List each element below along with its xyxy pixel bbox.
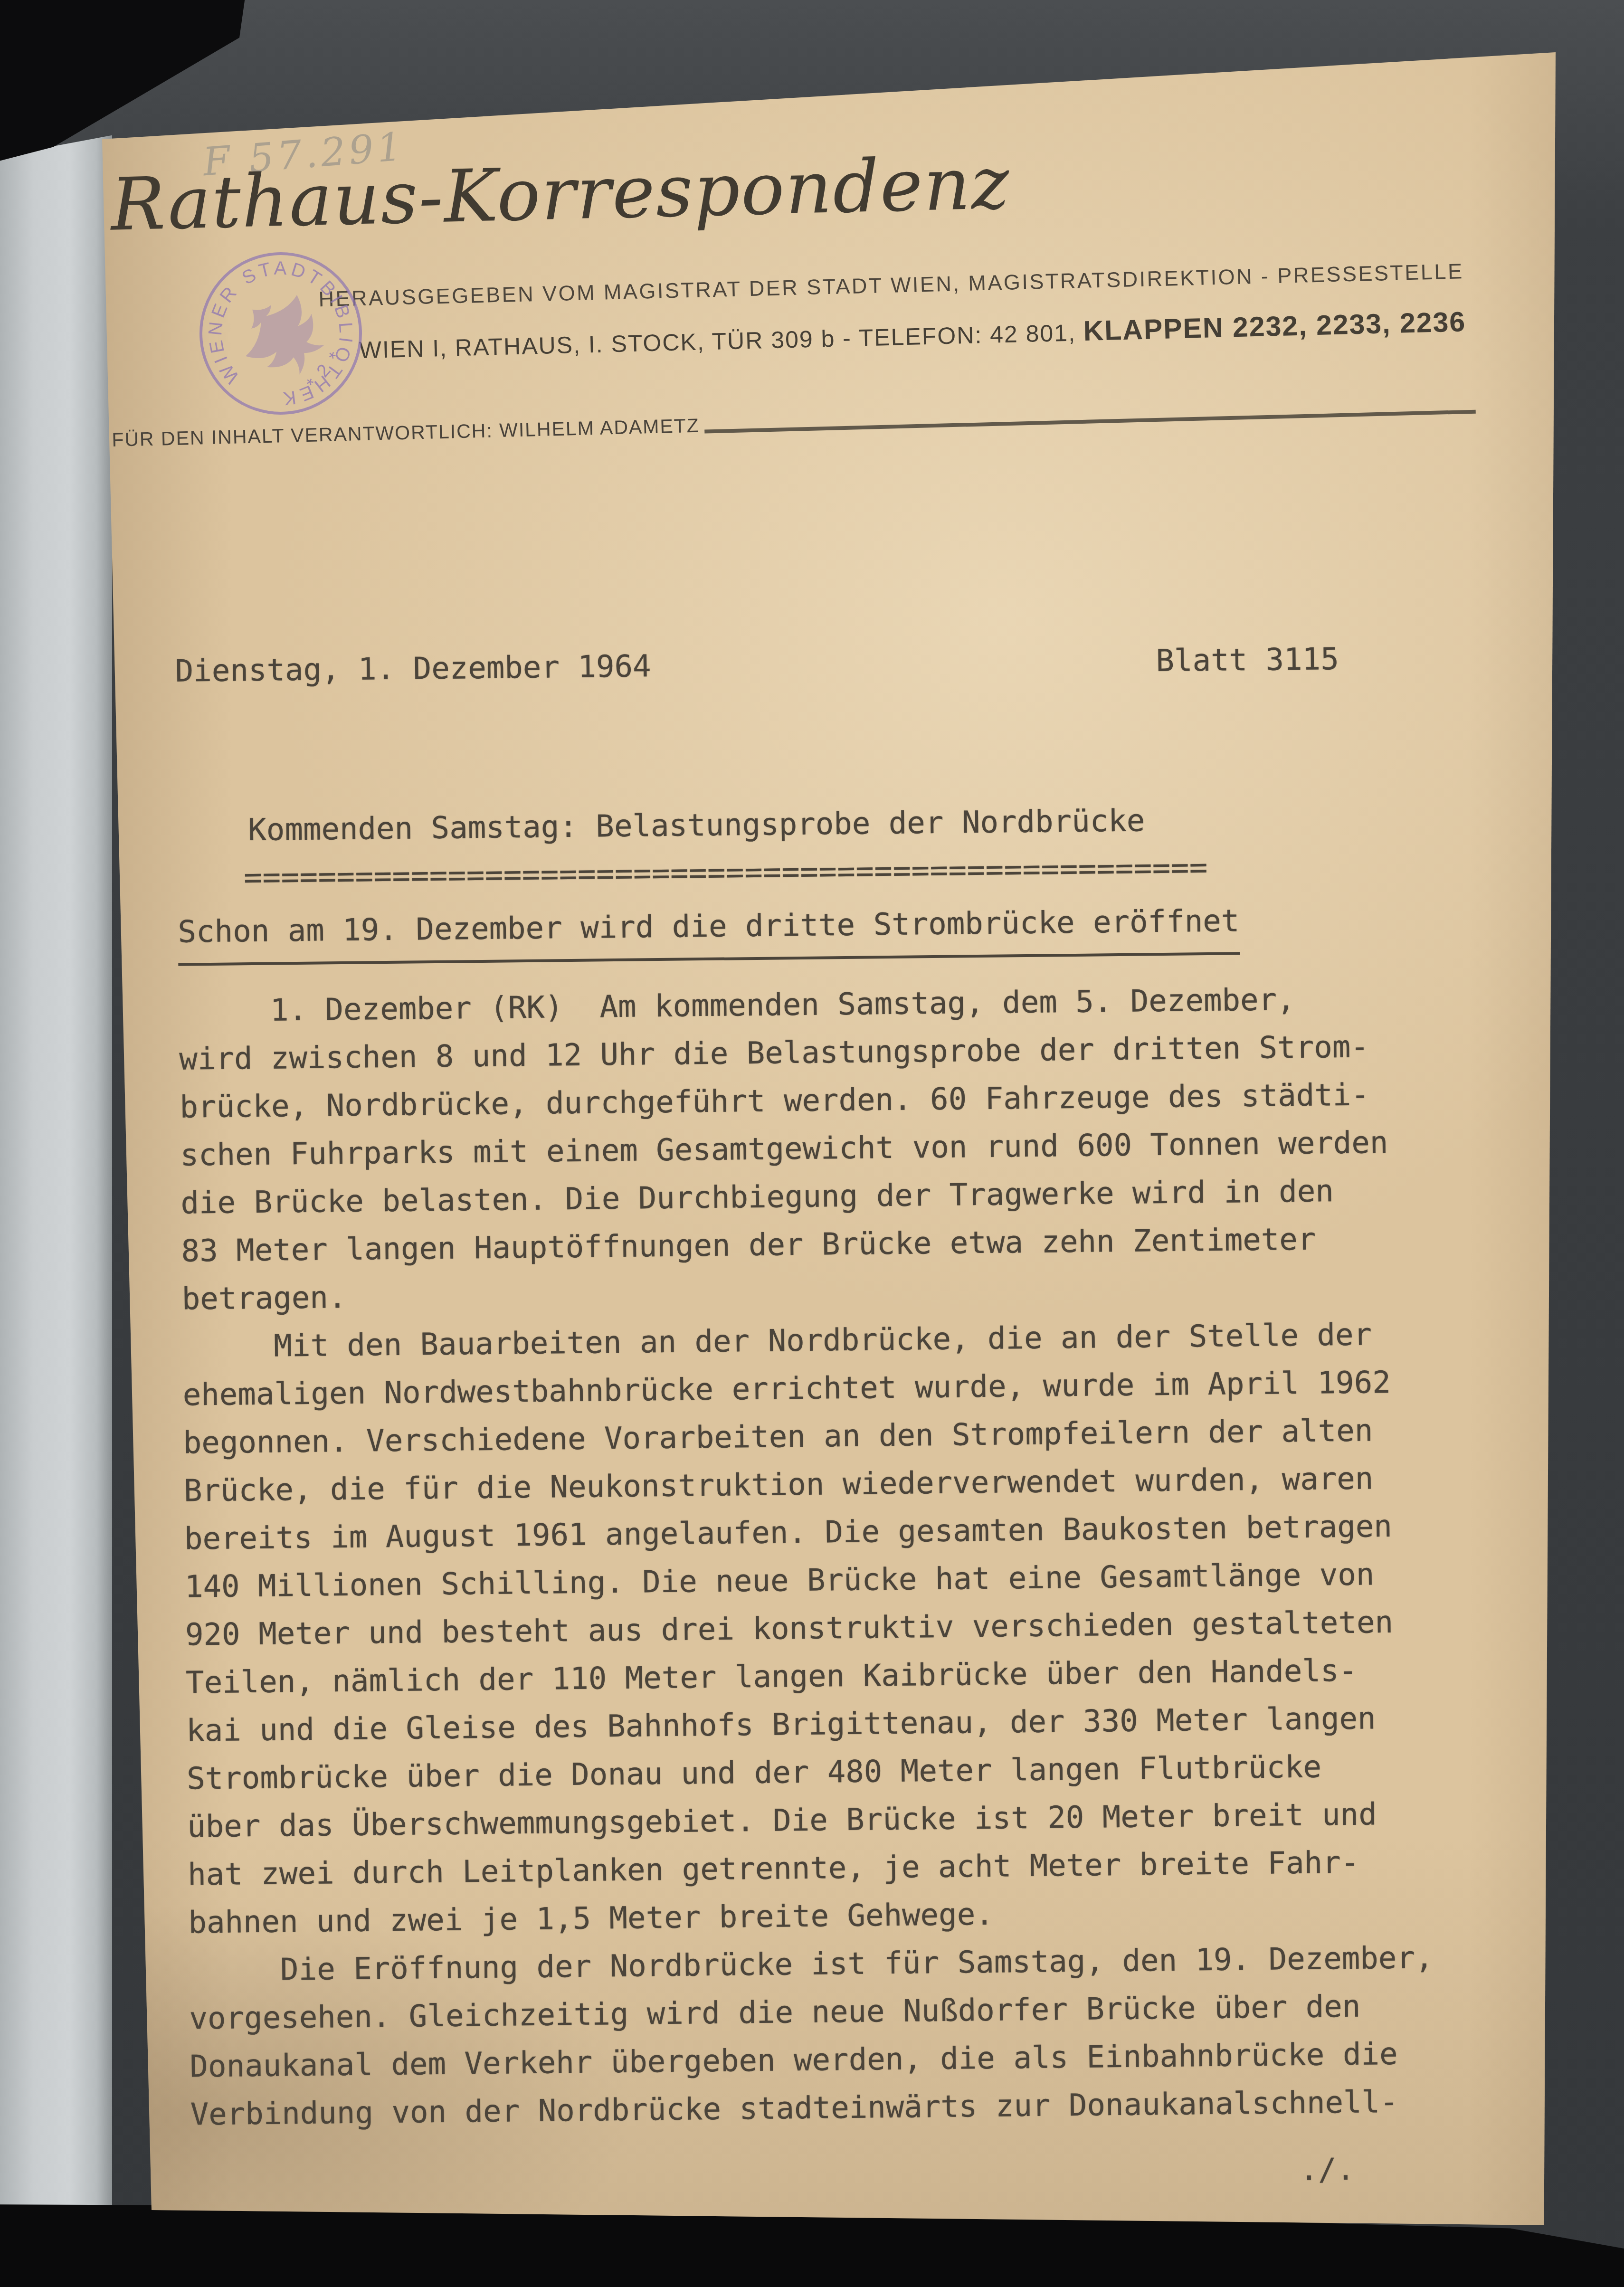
continuation-mark: ./. (191, 2145, 1426, 2206)
doc-date: Dienstag, 1. Dezember 1964 (175, 643, 651, 695)
scan-background: 1 - 15. Dez. 1964 F 57.291 Rathaus-Korre… (0, 0, 1624, 2287)
letterhead-address: WIEN I, RATHAUS, I. STOCK, TÜR 309 b - T… (359, 319, 1083, 363)
letterhead-address-line: WIEN I, RATHAUS, I. STOCK, TÜR 309 b - T… (359, 305, 1466, 365)
letterhead-extensions: KLAPPEN 2232, 2233, 2236 (1083, 306, 1466, 347)
kicker-underline-rule: ========================================… (177, 849, 1413, 895)
main-headline-text: Schon am 19. Dezember wird die dritte St… (178, 897, 1240, 966)
dateline: Dienstag, 1. Dezember 1964 Blatt 3115 (175, 635, 1410, 695)
kicker-headline: Kommenden Samstag: Belastungsprobe der N… (177, 794, 1412, 855)
sheet-number: Blatt 3115 (1156, 636, 1339, 685)
masthead-title: Rathaus-Korrespondenz (110, 141, 1011, 247)
typewritten-content: Dienstag, 1. Dezember 1964 Blatt 3115 Ko… (175, 635, 1426, 2206)
responsible-text: FÜR DEN INHALT VERANTWORTLICH: WILHELM A… (112, 415, 700, 451)
letterhead-rule (704, 410, 1476, 434)
underlying-page-edge (0, 123, 112, 2231)
body-text: 1. Dezember (RK) Am kommenden Samstag, d… (179, 975, 1425, 2139)
document-page: 1 - 15. Dez. 1964 F 57.291 Rathaus-Korre… (102, 52, 1556, 2225)
letterhead-publisher-line: HERAUSGEGEBEN VOM MAGISTRAT DER STADT WI… (318, 259, 1464, 312)
main-headline: Schon am 19. Dezember wird die dritte St… (178, 895, 1413, 966)
